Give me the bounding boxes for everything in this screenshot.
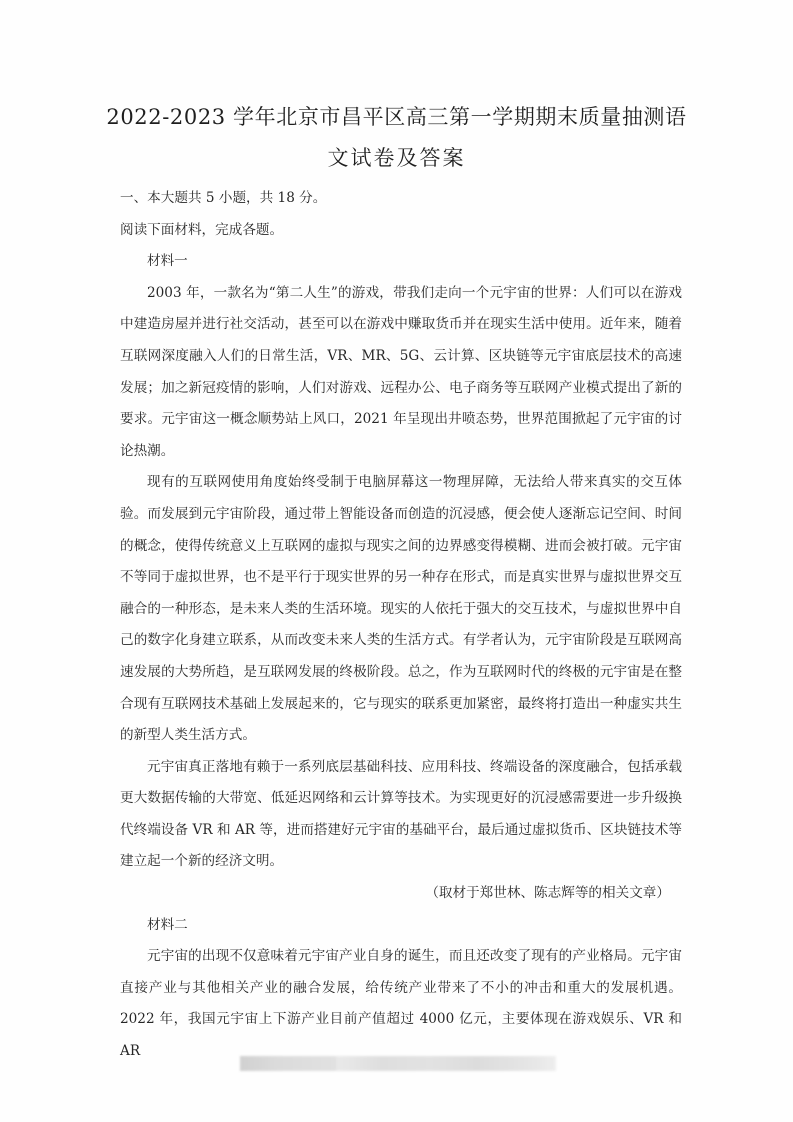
material-1-paragraph-2: 现有的互联网使用角度始终受制于电脑屏幕这一物理屏障，无法给人带来真实的交互体验。… (120, 467, 682, 751)
document-page: 2022-2023 学年北京市昌平区高三第一学期期末质量抽测语 文试卷及答案 一… (0, 0, 793, 1122)
blurred-watermark (240, 1056, 556, 1071)
material-2-paragraph-1: 元宇宙的出现不仅意味着元宇宙产业自身的诞生，而且还改变了现有的产业格局。元宇宙直… (120, 941, 682, 1067)
material-1-paragraph-1: 2003 年，一款名为“第二人生”的游戏，带我们走向一个元宇宙的世界：人们可以在… (120, 278, 682, 468)
document-title-line-2: 文试卷及答案 (0, 143, 793, 173)
material-2-label: 材料二 (120, 910, 682, 942)
material-1-source: （取材于郑世林、陈志辉等的相关文章） (120, 878, 682, 910)
reading-instruction: 阅读下面材料，完成各题。 (120, 215, 682, 247)
document-title-line-1: 2022-2023 学年北京市昌平区高三第一学期期末质量抽测语 (0, 102, 793, 132)
document-body: 一、本大题共 5 小题，共 18 分。 阅读下面材料，完成各题。 材料一 200… (120, 183, 682, 1068)
material-1-label: 材料一 (120, 246, 682, 278)
material-1-paragraph-3: 元宇宙真正落地有赖于一系列底层基础科技、应用科技、终端设备的深度融合，包括承载更… (120, 752, 682, 878)
section-heading: 一、本大题共 5 小题，共 18 分。 (120, 183, 682, 215)
